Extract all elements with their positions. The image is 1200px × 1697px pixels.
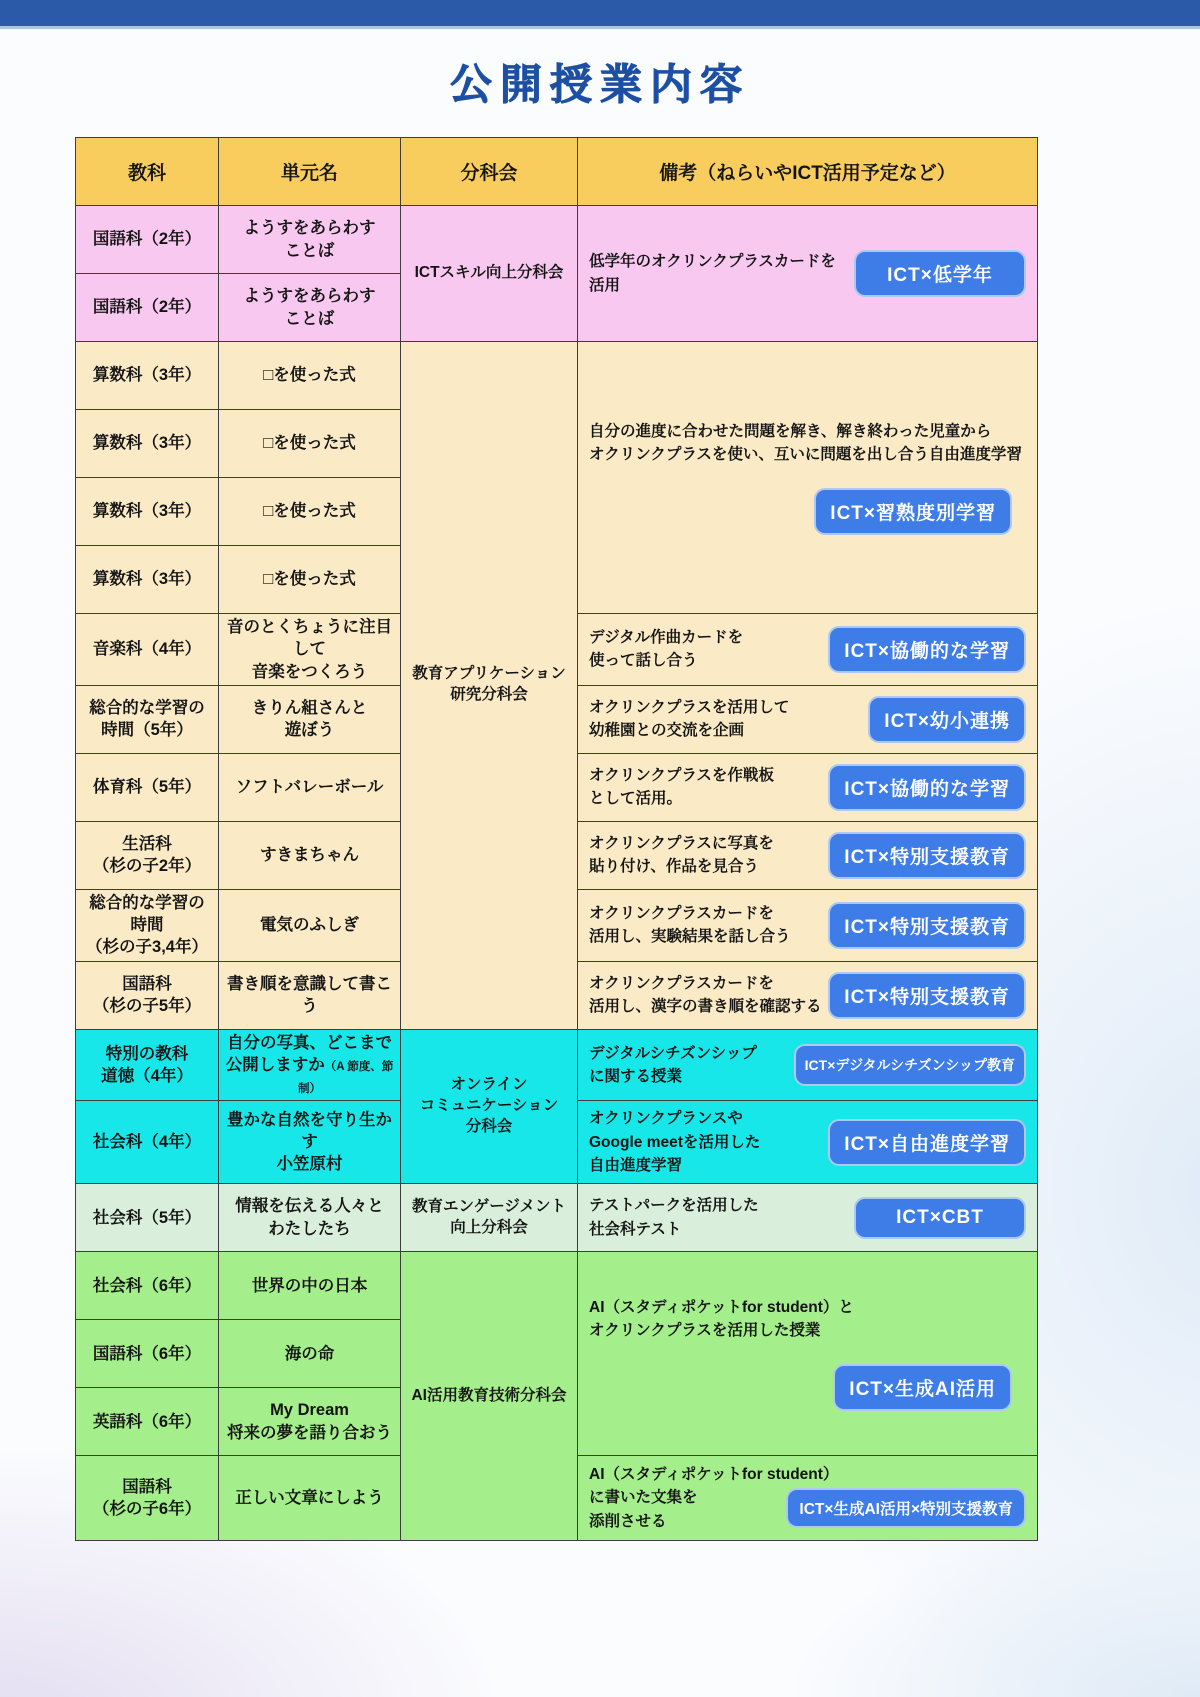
- ict-badge: ICT×習熟度別学習: [814, 488, 1012, 535]
- subject-cell: 国語科（6年）: [76, 1320, 219, 1388]
- remark-text: 自分の進度に合わせた問題を解き、解き終わった児童から オクリンクプラスを使い、互…: [589, 420, 1026, 467]
- remark-text: オクリンクプラスカードを 活用し、実験結果を話し合う: [589, 902, 822, 949]
- unit-cell: 書き順を意識して書こう: [219, 961, 401, 1029]
- unit-cell: □を使った式: [219, 478, 401, 546]
- remark-text: AI（スタディポケットfor student）と オクリンクプラスを活用した授業: [589, 1296, 1026, 1343]
- unit-cell: ようすをあらわす ことば: [219, 274, 401, 342]
- unit-cell: 世界の中の日本: [219, 1252, 401, 1320]
- page: 公開授業内容 教科 単元名 分科会 備考（ねらいやICT活用予定など） 国語科（…: [0, 0, 1200, 1697]
- remark-text: デジタルシチズンシップ に関する授業: [589, 1042, 788, 1089]
- remark-cell: オクリンクプラスに写真を 貼り付け、作品を見合う ICT×特別支援教育: [578, 821, 1038, 889]
- subject-cell: 英語科（6年）: [76, 1388, 219, 1456]
- subject-cell: 特別の教科 道徳（4年）: [76, 1029, 219, 1101]
- remark-cell: AI（スタディポケットfor student）と オクリンクプラスを活用した授業…: [578, 1252, 1038, 1456]
- subject-cell: 社会科（4年）: [76, 1101, 219, 1184]
- subject-cell: 体育科（5年）: [76, 753, 219, 821]
- table-header-row: 教科 単元名 分科会 備考（ねらいやICT活用予定など）: [76, 138, 1038, 206]
- table-row: 国語科（2年） ようすをあらわす ことば ICTスキル向上分科会 低学年のオクリ…: [76, 206, 1038, 274]
- remark-text: テストパークを活用した 社会科テスト: [589, 1194, 848, 1241]
- remark-cell: 自分の進度に合わせた問題を解き、解き終わった児童から オクリンクプラスを使い、互…: [578, 342, 1038, 614]
- subject-cell: 社会科（6年）: [76, 1252, 219, 1320]
- unit-cell: ソフトバレーボール: [219, 753, 401, 821]
- remark-cell: オクリンクプラスカードを 活用し、漢字の書き順を確認する ICT×特別支援教育: [578, 961, 1038, 1029]
- table-row: 社会科（5年） 情報を伝える人々と わたしたち 教育エンゲージメント 向上分科会…: [76, 1184, 1038, 1252]
- subject-cell: 算数科（3年）: [76, 478, 219, 546]
- subject-cell: 国語科（2年）: [76, 274, 219, 342]
- subcommittee-cell: ICTスキル向上分科会: [401, 206, 578, 342]
- unit-cell: きりん組さんと 遊ぼう: [219, 685, 401, 753]
- open-class-table: 教科 単元名 分科会 備考（ねらいやICT活用予定など） 国語科（2年） ようす…: [75, 137, 1038, 1541]
- unit-cell: 音のとくちょうに注目して 音楽をつくろう: [219, 614, 401, 686]
- unit-cell: □を使った式: [219, 546, 401, 614]
- subcommittee-cell: オンライン コミュニケーション 分科会: [401, 1029, 578, 1184]
- remark-text: オクリンクプラスカードを 活用し、漢字の書き順を確認する: [589, 972, 822, 1019]
- table-row: 特別の教科 道徳（4年） 自分の写真、どこまで公開しますか（A 節度、節制） オ…: [76, 1029, 1038, 1101]
- table-row: 社会科（6年） 世界の中の日本 AI活用教育技術分科会 AI（スタディポケットf…: [76, 1252, 1038, 1320]
- remark-text: オクリンクプランスや Google meetを活用した 自由進度学習: [589, 1107, 822, 1177]
- subcommittee-cell: AI活用教育技術分科会: [401, 1252, 578, 1541]
- table-row: 算数科（3年） □を使った式 教育アプリケーション 研究分科会 自分の進度に合わ…: [76, 342, 1038, 410]
- unit-cell: 情報を伝える人々と わたしたち: [219, 1184, 401, 1252]
- remark-cell: オクリンクプラスを活用して 幼稚園との交流を企画 ICT×幼小連携: [578, 685, 1038, 753]
- remark-cell: デジタル作曲カードを 使って話し合う ICT×協働的な学習: [578, 614, 1038, 686]
- subcommittee-cell: 教育エンゲージメント 向上分科会: [401, 1184, 578, 1252]
- unit-cell: 自分の写真、どこまで公開しますか（A 節度、節制）: [219, 1029, 401, 1101]
- ict-badge: ICT×生成AI活用: [833, 1364, 1012, 1411]
- ict-badge: ICT×特別支援教育: [828, 972, 1026, 1019]
- unit-cell: 豊かな自然を守り生かす 小笠原村: [219, 1101, 401, 1184]
- remark-cell: 低学年のオクリンクプラスカードを活用 ICT×低学年: [578, 206, 1038, 342]
- unit-cell: 電気のふしぎ: [219, 889, 401, 961]
- subject-cell: 社会科（5年）: [76, 1184, 219, 1252]
- remark-cell: オクリンクプラスを作戦板 として活用。 ICT×協働的な学習: [578, 753, 1038, 821]
- unit-cell: 正しい文章にしよう: [219, 1456, 401, 1541]
- header-unit: 単元名: [219, 138, 401, 206]
- unit-cell: ようすをあらわす ことば: [219, 206, 401, 274]
- subject-cell: 算数科（3年）: [76, 410, 219, 478]
- unit-cell: □を使った式: [219, 410, 401, 478]
- remark-cell: テストパークを活用した 社会科テスト ICT×CBT: [578, 1184, 1038, 1252]
- remark-cell: AI（スタディポケットfor student） に書いた文集を 添削させる IC…: [578, 1456, 1038, 1541]
- header-subcommittee: 分科会: [401, 138, 578, 206]
- remark-cell: オクリンクプランスや Google meetを活用した 自由進度学習 ICT×自…: [578, 1101, 1038, 1184]
- remark-cell: オクリンクプラスカードを 活用し、実験結果を話し合う ICT×特別支援教育: [578, 889, 1038, 961]
- unit-cell: My Dream 将来の夢を語り合おう: [219, 1388, 401, 1456]
- ict-badge: ICT×特別支援教育: [828, 832, 1026, 879]
- remark-text: デジタル作曲カードを 使って話し合う: [589, 626, 822, 673]
- subject-cell: 音楽科（4年）: [76, 614, 219, 686]
- subject-cell: 算数科（3年）: [76, 342, 219, 410]
- remark-text: オクリンクプラスに写真を 貼り付け、作品を見合う: [589, 832, 822, 879]
- ict-badge: ICT×生成AI活用×特別支援教育: [786, 1488, 1026, 1528]
- subject-cell: 総合的な学習の 時間（5年）: [76, 685, 219, 753]
- subject-cell: 国語科 （杉の子5年）: [76, 961, 219, 1029]
- subject-cell: 生活科 （杉の子2年）: [76, 821, 219, 889]
- unit-cell: □を使った式: [219, 342, 401, 410]
- page-title: 公開授業内容: [0, 52, 1200, 112]
- subcommittee-cell: 教育アプリケーション 研究分科会: [401, 342, 578, 1030]
- remark-text: オクリンクプラスを活用して 幼稚園との交流を企画: [589, 696, 862, 743]
- subject-cell: 総合的な学習の 時間 （杉の子3,4年）: [76, 889, 219, 961]
- subject-cell: 算数科（3年）: [76, 546, 219, 614]
- remark-text: 低学年のオクリンクプラスカードを活用: [589, 250, 848, 297]
- header-remarks: 備考（ねらいやICT活用予定など）: [578, 138, 1038, 206]
- header-subject: 教科: [76, 138, 219, 206]
- ict-badge: ICT×協働的な学習: [828, 626, 1026, 673]
- subject-cell: 国語科（2年）: [76, 206, 219, 274]
- ict-badge: ICT×CBT: [854, 1197, 1026, 1239]
- ict-badge: ICT×デジタルシチズンシップ教育: [794, 1044, 1026, 1086]
- top-accent-bar: [0, 0, 1200, 29]
- remark-text: オクリンクプラスを作戦板 として活用。: [589, 764, 822, 811]
- ict-badge: ICT×低学年: [854, 250, 1026, 297]
- ict-badge: ICT×自由進度学習: [828, 1119, 1026, 1166]
- ict-badge: ICT×協働的な学習: [828, 764, 1026, 811]
- ict-badge: ICT×特別支援教育: [828, 902, 1026, 949]
- unit-cell: 海の命: [219, 1320, 401, 1388]
- ict-badge: ICT×幼小連携: [868, 696, 1026, 743]
- remark-cell: デジタルシチズンシップ に関する授業 ICT×デジタルシチズンシップ教育: [578, 1029, 1038, 1101]
- unit-cell: すきまちゃん: [219, 821, 401, 889]
- subject-cell: 国語科 （杉の子6年）: [76, 1456, 219, 1541]
